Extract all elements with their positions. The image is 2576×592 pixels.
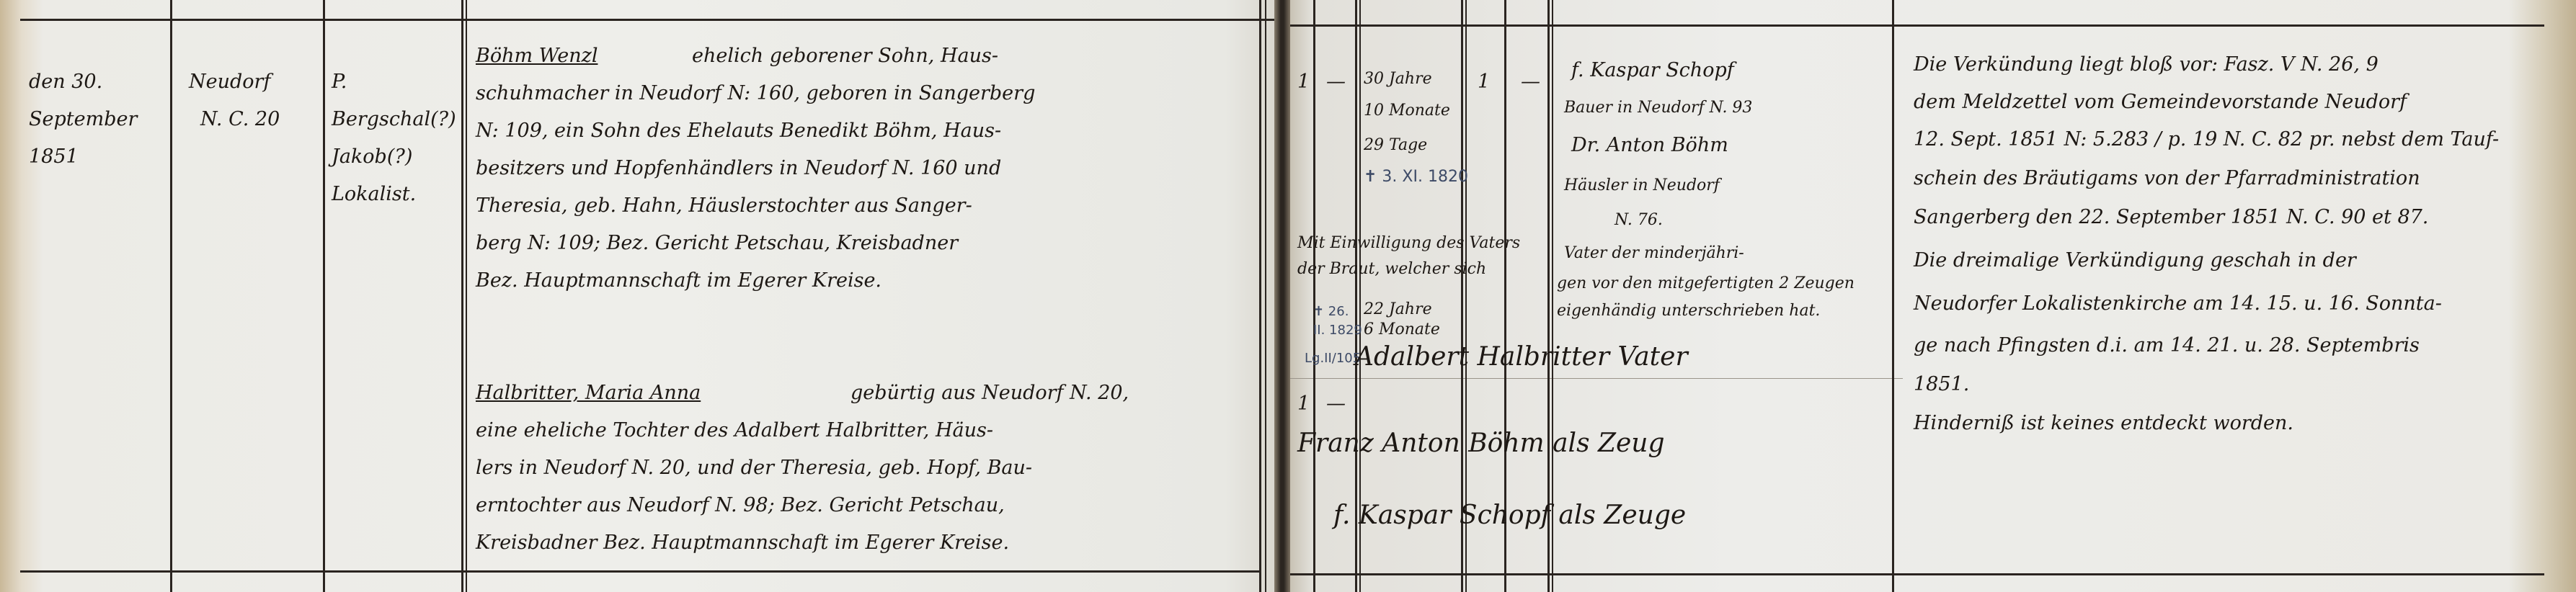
groom-details: ehelich geborener Sohn, Haus- schuhmache… bbox=[476, 37, 1254, 300]
house-place: Neudorf bbox=[189, 63, 319, 101]
remarks-line: Die Verkündung liegt bloß vor: Fasz. V N… bbox=[1914, 46, 2379, 84]
groom-birth-pencil-note: ✝ 3. XI. 1820 bbox=[1364, 164, 1468, 190]
bride-catholic: 1 bbox=[1297, 385, 1310, 423]
bride-other-religion: — bbox=[1326, 385, 1346, 423]
col-rule bbox=[1892, 0, 1894, 592]
groom-other-religion: — bbox=[1326, 63, 1346, 101]
remarks-line: Sangerberg den 22. September 1851 N. C. … bbox=[1914, 199, 2428, 236]
bride-pencil-ref: Lg.II/105 bbox=[1305, 346, 1361, 372]
house-number: N. C. 20 bbox=[200, 101, 323, 138]
col-rule bbox=[461, 0, 463, 592]
col-rule bbox=[466, 0, 467, 592]
bride-catholic-top: 1 bbox=[1478, 63, 1490, 101]
remarks-line: 12. Sept. 1851 N: 5.283 / p. 19 N. C. 82… bbox=[1914, 121, 2499, 158]
top-rule-right bbox=[1290, 24, 2544, 27]
officiant: P. Bergschal(?) Jakob(?) Lokalist. bbox=[332, 63, 454, 213]
bride-row-separator bbox=[1290, 378, 1903, 379]
witness-signature-2: f. Kaspar Schopf als Zeuge bbox=[1333, 497, 1686, 534]
register-spread: den 30. September 1851 Neudorf N. C. 20 … bbox=[0, 0, 2576, 592]
col-rule bbox=[170, 0, 172, 592]
consent-note: Mit Einwilligung des Vaters der Braut, w… bbox=[1297, 230, 1542, 282]
witness-line: eigenhändig unterschrieben hat. bbox=[1557, 298, 1820, 324]
witness-line: Dr. Anton Böhm bbox=[1571, 127, 1728, 164]
remarks-line: schein des Bräutigams von der Pfarradmin… bbox=[1914, 160, 2420, 197]
witness-line: Bauer in Neudorf N. 93 bbox=[1564, 95, 1752, 121]
entry-separator-right bbox=[1290, 573, 2544, 575]
witness-line: N. 76. bbox=[1615, 207, 1663, 233]
marriage-date: den 30. September 1851 bbox=[29, 63, 166, 176]
book-gutter bbox=[1274, 0, 1290, 592]
remarks-line: Neudorfer Lokalistenkirche am 14. 15. u.… bbox=[1914, 285, 2442, 323]
remarks-line: 1851. bbox=[1914, 366, 1969, 403]
col-rule bbox=[1265, 0, 1266, 592]
col-rule bbox=[323, 0, 325, 592]
col-rule bbox=[1313, 0, 1315, 592]
groom-catholic: 1 bbox=[1297, 63, 1310, 101]
bride-other-religion-top: — bbox=[1521, 63, 1540, 101]
remarks-line: Hinderniß ist keines entdeckt worden. bbox=[1914, 405, 2293, 442]
remarks-line: ge nach Pfingsten d.i. am 14. 21. u. 28.… bbox=[1914, 327, 2420, 364]
col-rule bbox=[1259, 0, 1261, 592]
entry-separator-left bbox=[20, 570, 1260, 573]
groom-age-months: 10 Monate bbox=[1364, 98, 1450, 124]
remarks-line: dem Meldzettel vom Gemeindevorstande Neu… bbox=[1914, 84, 2407, 121]
witness-line: f. Kaspar Schopf bbox=[1571, 52, 1734, 89]
witness-line: gen vor den mitgefertigten 2 Zeugen bbox=[1557, 271, 1855, 297]
remarks-line: Die dreimalige Verkündigung geschah in d… bbox=[1914, 242, 2356, 279]
witness-line: Vater der minderjähri- bbox=[1564, 241, 1744, 266]
witness-line: Häusler in Neudorf bbox=[1564, 173, 1720, 199]
groom-age-years: 30 Jahre bbox=[1364, 66, 1432, 92]
bride-birth-pencil-note: ✝ 26. II. 1829 bbox=[1313, 302, 1364, 340]
father-signature: Adalbert Halbritter Vater bbox=[1355, 338, 1688, 376]
bride-details: gebürtig aus Neudorf N. 20, eine ehelich… bbox=[476, 375, 1254, 562]
top-rule-left bbox=[20, 19, 1274, 21]
witness-signature-1: Franz Anton Böhm als Zeug bbox=[1297, 425, 1665, 462]
groom-age-days: 29 Tage bbox=[1364, 133, 1427, 158]
